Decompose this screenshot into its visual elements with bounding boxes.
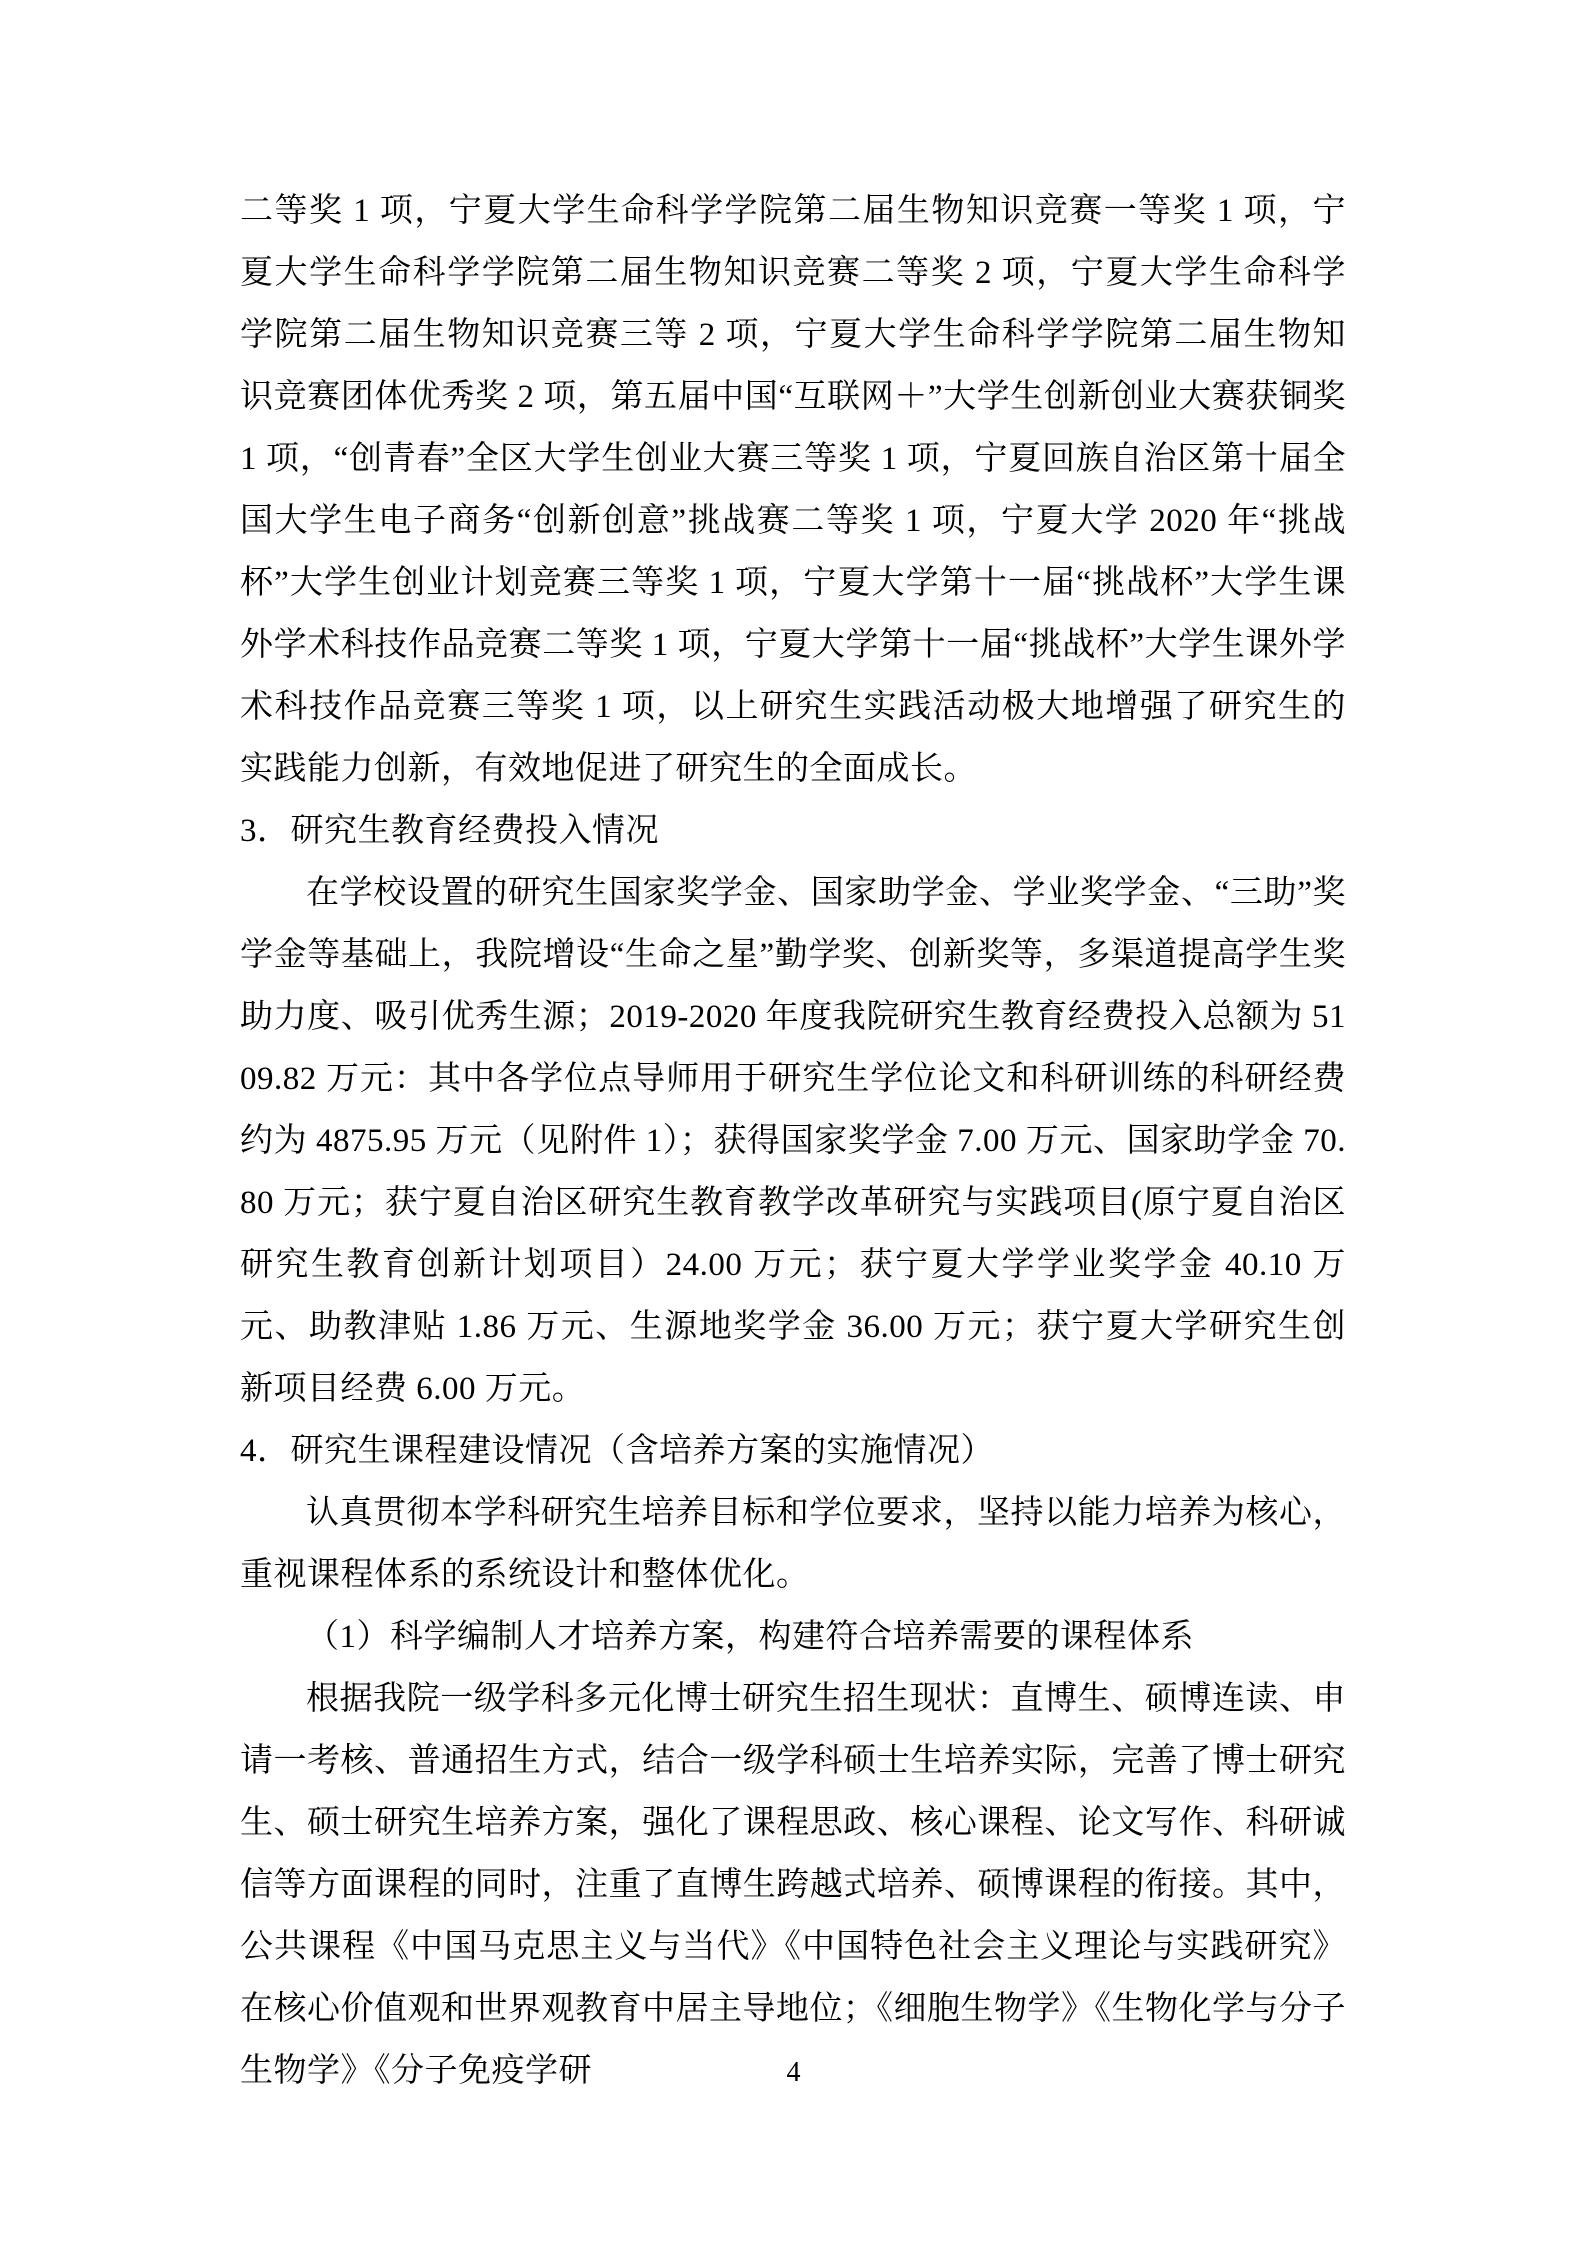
paragraph-funding: 在学校设置的研究生国家奖学金、国家助学金、学业奖学金、“三助”奖学金等基础上，我… [240,862,1346,1420]
paragraph-course-intro: 认真贯彻本学科研究生培养目标和学位要求，坚持以能力培养为核心，重视课程体系的系统… [240,1482,1346,1606]
section-heading-4: 4．研究生课程建设情况（含培养方案的实施情况） [240,1420,1346,1482]
page-number: 4 [787,2057,801,2088]
document-page: 二等奖 1 项，宁夏大学生命科学学院第二届生物知识竞赛一等奖 1 项，宁夏大学生… [0,0,1587,2245]
paragraph-awards-continuation: 二等奖 1 项，宁夏大学生命科学学院第二届生物知识竞赛一等奖 1 项，宁夏大学生… [240,180,1346,800]
section-heading-3: 3．研究生教育经费投入情况 [240,800,1346,862]
paragraph-sub-item-1: （1）科学编制人才培养方案，构建符合培养需要的课程体系 [240,1606,1346,1668]
page-footer: 4 [0,2056,1587,2090]
paragraph-training-plan: 根据我院一级学科多元化博士研究生招生现状：直博生、硕博连读、申请一考核、普通招生… [240,1668,1346,2102]
document-text-block: 二等奖 1 项，宁夏大学生命科学学院第二届生物知识竞赛一等奖 1 项，宁夏大学生… [240,180,1346,2102]
